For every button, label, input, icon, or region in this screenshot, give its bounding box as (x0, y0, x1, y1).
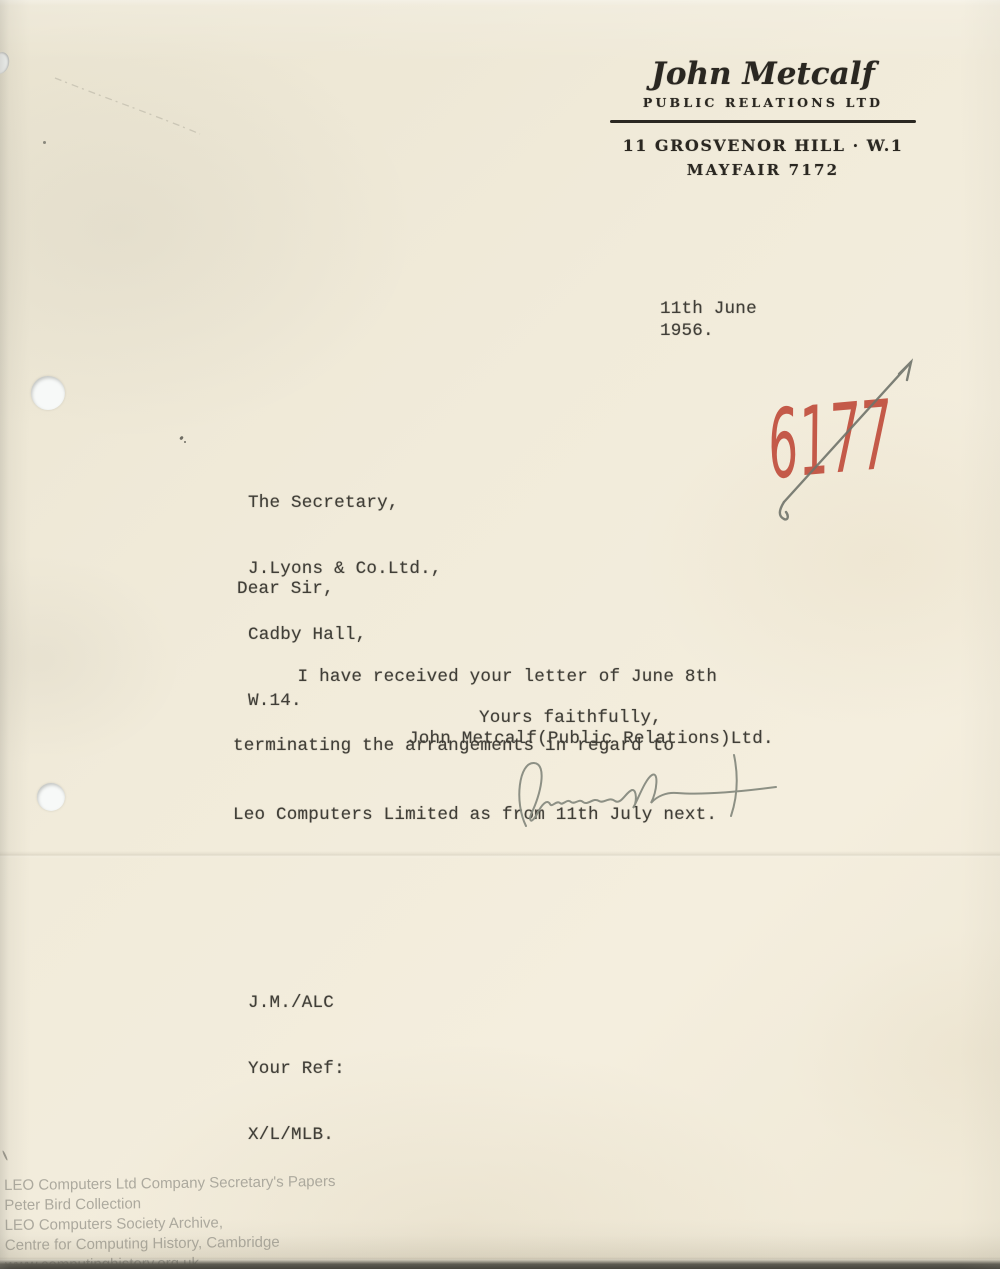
letterhead-phone: MAYFAIR 7172 (603, 161, 923, 179)
letterhead-address: 11 GROSVENOR HILL · W.1 (603, 136, 923, 155)
reference-block: J.M./ALC Your Ref: X/L/MLB. (248, 948, 345, 1190)
recipient-line: J.Lyons & Co.Ltd., (248, 558, 442, 580)
letterhead: John Metcalf PUBLIC RELATIONS LTD 11 GRO… (603, 56, 923, 179)
punch-hole (31, 376, 65, 410)
scanned-letter-page: John Metcalf PUBLIC RELATIONS LTD 11 GRO… (0, 0, 1000, 1269)
archive-annotation: 6177 (733, 350, 943, 525)
scratch-mark (45, 70, 210, 142)
punch-hole (37, 783, 65, 811)
reference-line: Your Ref: (248, 1058, 345, 1080)
paper-crease (0, 851, 1000, 858)
reference-line: J.M./ALC (248, 992, 345, 1014)
bottom-scan-shadow (0, 1257, 1000, 1269)
letterhead-company-name: John Metcalf (603, 56, 923, 92)
ink-speck (179, 436, 184, 441)
annotation-number: 6177 (763, 379, 897, 501)
date-line-2: 1956. (660, 320, 714, 342)
bottom-paper-edge (0, 1235, 1000, 1259)
closing-valediction: Yours faithfully, (479, 707, 662, 729)
reference-line: X/L/MLB. (248, 1124, 345, 1146)
watermark-line: LEO Computers Ltd Company Secretary's Pa… (4, 1172, 336, 1196)
top-scan-edge (0, 0, 1000, 6)
date-line-1: 11th June (660, 298, 757, 320)
salutation: Dear Sir, (237, 578, 334, 600)
recipient-line: The Secretary, (248, 492, 442, 514)
closing-company: John Metcalf(Public Relations)Ltd. (408, 728, 774, 750)
body-line: I have received your letter of June 8th (233, 666, 717, 689)
letterhead-rule (610, 120, 916, 123)
ink-speck (184, 441, 186, 443)
annotation-number-text: 6177 (763, 379, 897, 501)
signature-scribble (486, 750, 786, 835)
letterhead-subtitle: PUBLIC RELATIONS LTD (603, 95, 923, 110)
left-scan-edge (0, 0, 9, 1269)
ink-speck (43, 141, 46, 144)
